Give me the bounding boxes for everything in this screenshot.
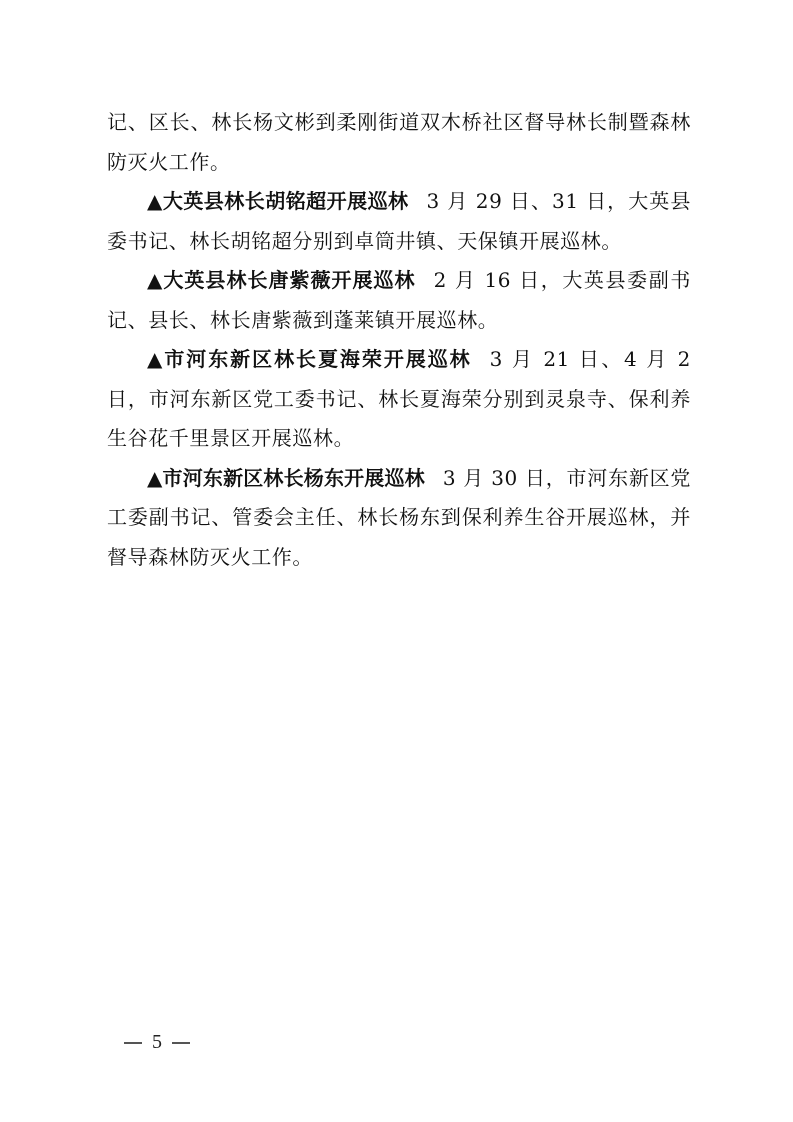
- paragraph-heading: ▲市河东新区林长杨东开展巡林: [147, 466, 425, 490]
- page-number-value: 5: [152, 1031, 162, 1054]
- paragraph-heading: ▲大英县林长胡铭超开展巡林: [147, 189, 409, 213]
- paragraph-tangziwei-patrol: ▲大英县林长唐紫薇开展巡林2 月 16 日，大英县委副书记、县长、林长唐紫薇到蓬…: [107, 261, 691, 340]
- paragraph-heading: ▲大英县林长唐紫薇开展巡林: [147, 268, 416, 292]
- page-number: 5: [124, 1031, 190, 1054]
- paragraph-heading: ▲市河东新区林长夏海荣开展巡林: [147, 347, 472, 371]
- paragraph-text: 记、区长、林长杨文彬到柔刚街道双木桥社区督导林长制暨森林防灭火工作。: [107, 110, 691, 174]
- paragraph-huminchao-patrol: ▲大英县林长胡铭超开展巡林3 月 29 日、31 日，大英县委书记、林长胡铭超分…: [107, 182, 691, 261]
- dash-left: [124, 1042, 142, 1044]
- paragraph-xiahairong-patrol: ▲市河东新区林长夏海荣开展巡林3 月 21 日、4 月 2 日，市河东新区党工委…: [107, 340, 691, 459]
- paragraph-continuation: 记、区长、林长杨文彬到柔刚街道双木桥社区督导林长制暨森林防灭火工作。: [107, 103, 691, 182]
- document-body: 记、区长、林长杨文彬到柔刚街道双木桥社区督导林长制暨森林防灭火工作。 ▲大英县林…: [107, 103, 691, 577]
- dash-right: [172, 1042, 190, 1044]
- paragraph-yangdong-patrol: ▲市河东新区林长杨东开展巡林3 月 30 日，市河东新区党工委副书记、管委会主任…: [107, 459, 691, 578]
